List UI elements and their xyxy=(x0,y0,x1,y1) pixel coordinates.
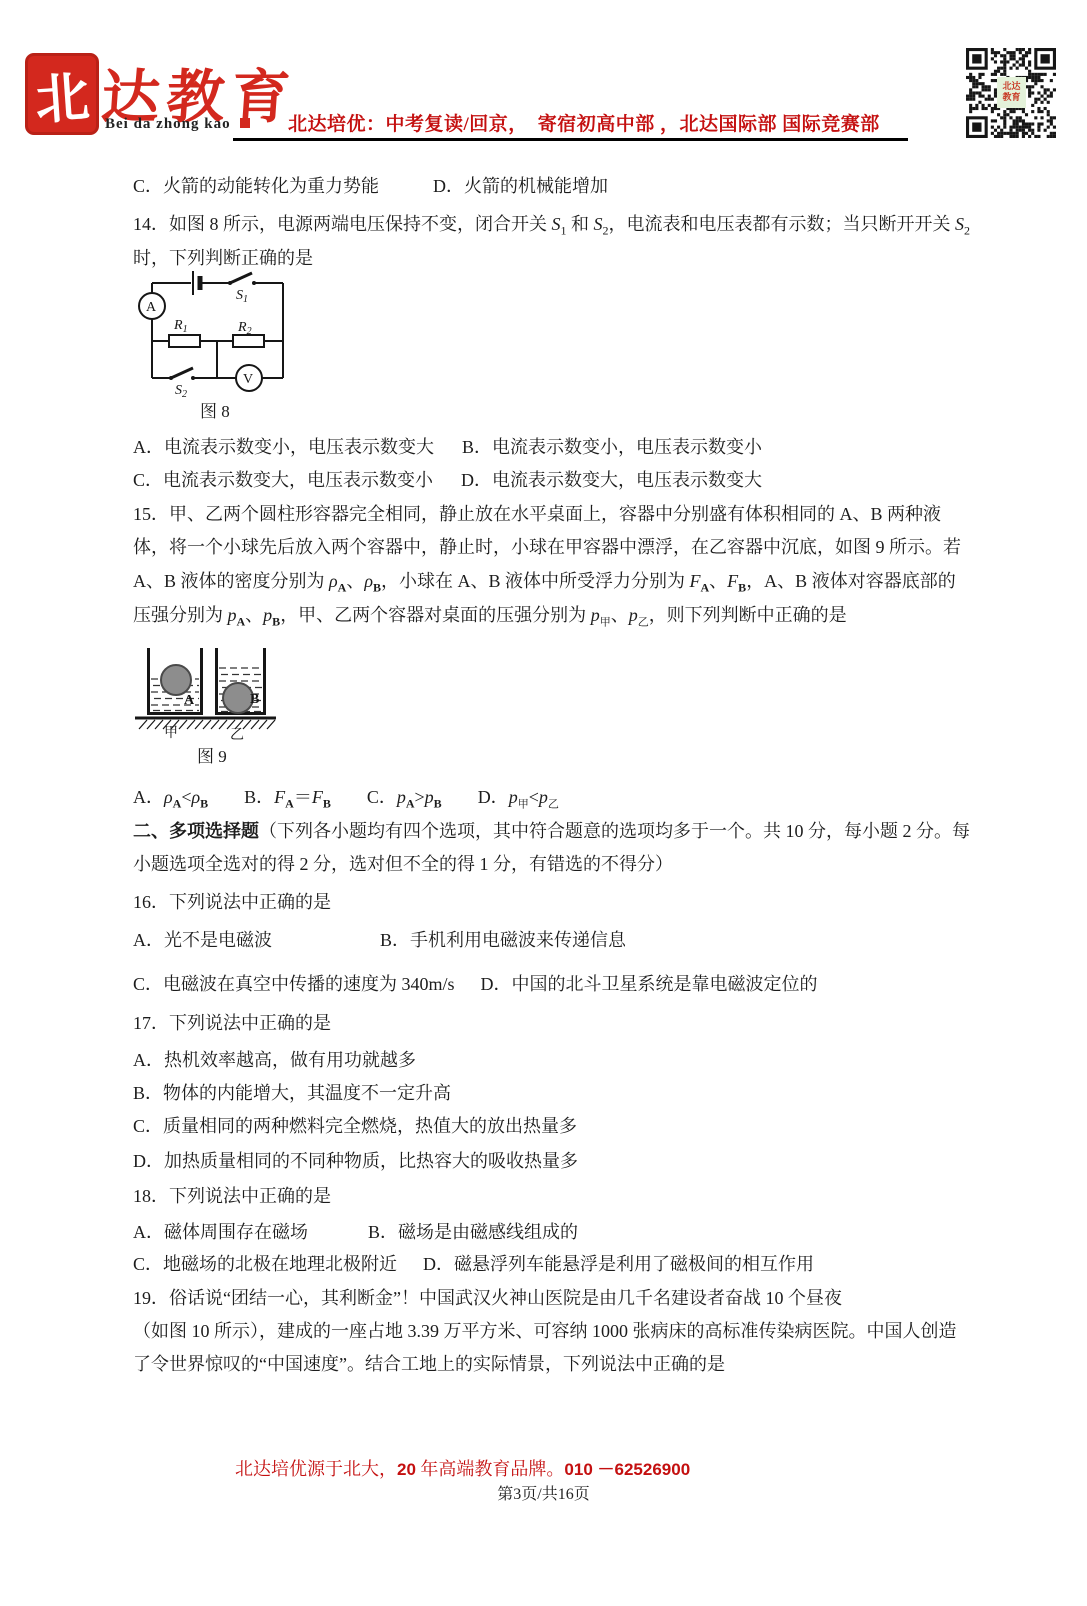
q13-option-d: D．火箭的机械能增加 xyxy=(433,176,608,196)
q15-options-row: A．ρA<ρB B．FA＝FB C．pA>pB D．p甲<p乙 xyxy=(133,786,559,809)
ball-in-a xyxy=(161,665,191,695)
q19-stem-line2: （如图 10 所示），建成的一座占地 3.39 万平方米、可容纳 1000 张病… xyxy=(133,1320,957,1343)
page-number: 第3页/共16页 xyxy=(0,1481,1087,1504)
q16-options-row2: C．电磁波在真空中传播的速度为 340m/sD．中国的北斗卫星系统是靠电磁波定位… xyxy=(133,973,818,996)
q17-option-d: D．加热质量相同的不同种物质，比热容大的吸收热量多 xyxy=(133,1150,578,1173)
figure-8-caption: 图 8 xyxy=(200,397,230,422)
q14-options-row1: A．电流表示数变小，电压表示数变大B．电流表示数变小，电压表示数变小 xyxy=(133,436,762,459)
switch-s1-label: S1 xyxy=(236,288,248,305)
q19-stem-line1: 19．俗话说“团结一心，其利断金”！中国武汉火神山医院是由几千名建设者奋战 10… xyxy=(133,1287,842,1310)
q14-option-a: A．电流表示数变小，电压表示数变大 xyxy=(133,437,434,457)
q16-option-b: B．手机利用电磁波来传递信息 xyxy=(380,930,626,950)
q19-stem-line3: 了令世界惊叹的“中国速度”。结合工地上的实际情景，下列说法中正确的是 xyxy=(133,1353,725,1376)
q15-stem-line3: A、B 液体的密度分别为 ρA、ρB，小球在 A、B 液体中所受浮力分别为 FA… xyxy=(133,570,956,593)
q18-option-c: C．地磁场的北极在地理北极附近 xyxy=(133,1254,397,1274)
q16-options-row1: A．光不是电磁波B．手机利用电磁波来传递信息 xyxy=(133,929,626,952)
qr-center-label: 北达 教育 xyxy=(997,77,1026,108)
ammeter-label: A xyxy=(146,300,157,315)
exam-page: { "header": { "seal_char": "北", "brand":… xyxy=(0,0,1087,1606)
voltmeter-label: V xyxy=(243,372,253,387)
figure-9-containers: A B 甲 乙 xyxy=(133,640,283,740)
resistor-r1-label: R1 xyxy=(173,318,188,335)
q15-stem-line1: 15．甲、乙两个圆柱形容器完全相同，静止放在水平桌面上，容器中分别盛有体积相同的… xyxy=(133,503,941,526)
q15-stem-line2: 体，将一个小球先后放入两个容器中，静止时，小球在甲容器中漂浮，在乙容器中沉底，如… xyxy=(133,536,961,559)
q16-option-c: C．电磁波在真空中传播的速度为 340m/s xyxy=(133,974,455,994)
logo-seal: 北 xyxy=(25,53,99,135)
q15-stem-line4: 压强分别为 pA、pB，甲、乙两个容器对桌面的压强分别为 p甲、p乙，则下列判断… xyxy=(133,604,847,627)
q17-option-a: A．热机效率越高，做有用功就越多 xyxy=(133,1049,416,1072)
figure-9-caption: 图 9 xyxy=(197,742,227,767)
q14-option-b: B．电流表示数变小，电压表示数变小 xyxy=(462,437,762,457)
header-tagline: 北达培优：中考复读/回京， 寄宿初高中部 ，北达国际部 国际竞赛部 xyxy=(288,109,880,136)
liquid-b-label: B xyxy=(250,692,259,707)
q14-options-row2: C．电流表示数变大，电压表示数变小D．电流表示数变大，电压表示数变大 xyxy=(133,469,762,492)
container-yi-label: 乙 xyxy=(230,728,244,740)
section2-title: 二、多项选择题 xyxy=(133,821,259,841)
q18-option-b: B．磁场是由磁感线组成的 xyxy=(368,1222,578,1242)
container-jia-label: 甲 xyxy=(164,725,178,740)
brand-subtitle: Bei da zhong kao xyxy=(105,116,250,133)
q18-option-d: D．磁悬浮列车能悬浮是利用了磁极间的相互作用 xyxy=(423,1254,814,1274)
brand-marker-square xyxy=(240,118,250,128)
q14-option-d: D．电流表示数变大，电压表示数变大 xyxy=(461,470,762,490)
q13-options-row: C．火箭的动能转化为重力势能D．火箭的机械能增加 xyxy=(133,175,608,198)
ground-line xyxy=(135,717,276,720)
liquid-a-label: A xyxy=(184,693,195,708)
header-rule xyxy=(233,138,908,141)
q18-options-row2: C．地磁场的北极在地理北极附近D．磁悬浮列车能悬浮是利用了磁极间的相互作用 xyxy=(133,1253,814,1276)
q14-stem-line2: 时，下列判断正确的是 xyxy=(133,247,313,270)
footer-slogan: 北达培优源于北大，20 年高端教育品牌。010 －62526900 xyxy=(235,1455,690,1481)
q16-stem: 16．下列说法中正确的是 xyxy=(133,891,331,914)
q17-option-b: B．物体的内能增大，其温度不一定升高 xyxy=(133,1082,451,1105)
section2-header: 二、多项选择题（下列各小题均有四个选项，其中符合题意的选项均多于一个。共 10 … xyxy=(133,820,970,843)
q18-options-row1: A．磁体周围存在磁场B．磁场是由磁感线组成的 xyxy=(133,1221,578,1244)
section2-title-rest: （下列各小题均有四个选项，其中符合题意的选项均多于一个。共 10 分，每小题 2… xyxy=(259,821,970,841)
figure-8-circuit: A V R1 R2 S1 S2 xyxy=(133,268,303,400)
ball-in-b xyxy=(223,683,253,713)
q18-option-a: A．磁体周围存在磁场 xyxy=(133,1222,308,1242)
switch-s2-label: S2 xyxy=(175,383,187,400)
q17-option-c: C．质量相同的两种燃料完全燃烧，热值大的放出热量多 xyxy=(133,1115,577,1138)
ground-hatching xyxy=(139,720,275,729)
q14-option-c: C．电流表示数变大，电压表示数变小 xyxy=(133,470,433,490)
section2-line2: 小题选项全选对的得 2 分，选对但不全的得 1 分，有错选的不得分） xyxy=(133,853,673,876)
q18-stem: 18．下列说法中正确的是 xyxy=(133,1185,331,1208)
q16-option-a: A．光不是电磁波 xyxy=(133,930,272,950)
q14-stem: 14．如图 8 所示，电源两端电压保持不变，闭合开关 S1 和 S2，电流表和电… xyxy=(133,213,970,236)
q13-option-c: C．火箭的动能转化为重力势能 xyxy=(133,176,379,196)
resistor-r2-label: R2 xyxy=(237,320,252,337)
q16-option-d: D．中国的北斗卫星系统是靠电磁波定位的 xyxy=(481,974,818,994)
q17-stem: 17．下列说法中正确的是 xyxy=(133,1012,331,1035)
logo-seal-char: 北 xyxy=(32,54,91,135)
